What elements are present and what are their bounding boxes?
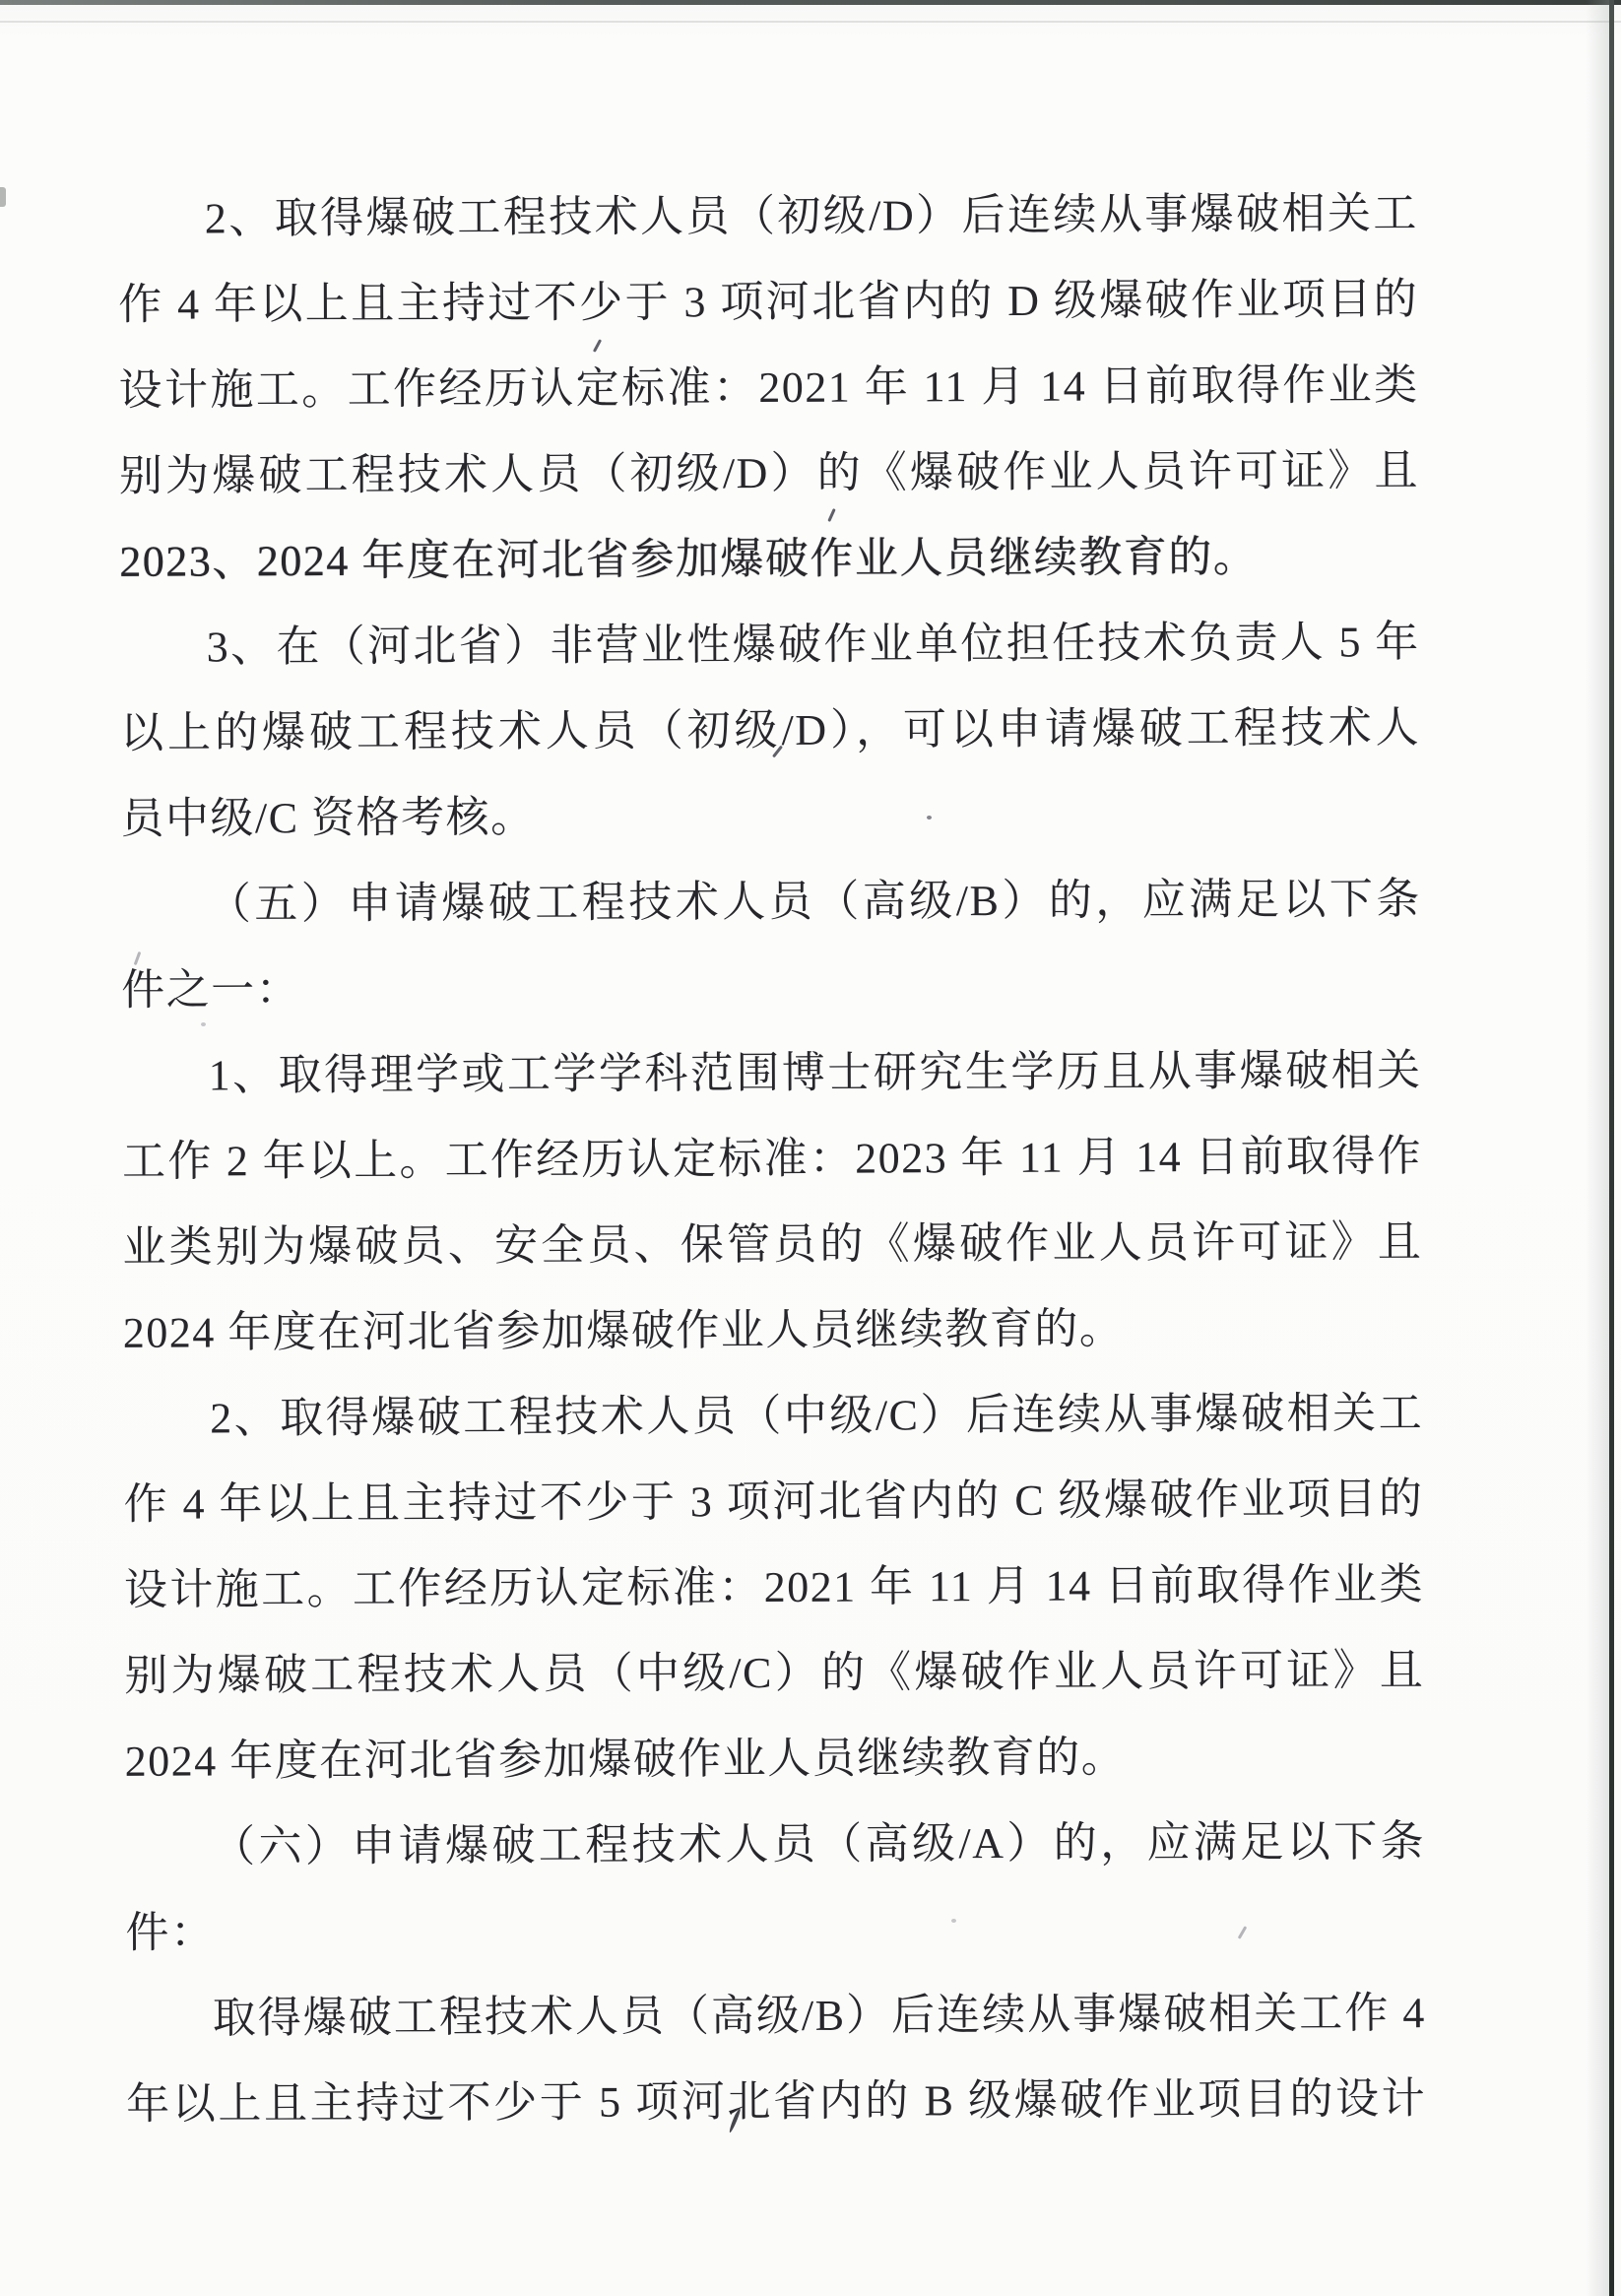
scan-edge-top [0, 0, 1621, 5]
scan-fold-line [0, 21, 1621, 23]
text-line: 2024 年度在河北省参加爆破作业人员继续教育的。 [124, 1713, 1424, 1804]
scan-speck [927, 816, 932, 820]
text-line: 以上的爆破工程技术人员（初级/D），可以申请爆破工程技术人 [120, 685, 1420, 776]
scan-edge-shade [1586, 0, 1611, 2296]
text-line: 1、取得理学或工学学科范围博士研究生学历且从事爆破相关 [121, 1027, 1421, 1119]
text-line: 取得爆破工程技术人员（高级/B）后连续从事爆破相关工作 4 [126, 1970, 1426, 2062]
scan-speck [951, 1919, 956, 1923]
text-line: 作 4 年以上且主持过不少于 3 项河北省内的 C 级爆破作业项目的 [123, 1456, 1423, 1547]
text-line: 员中级/C 资格考核。 [120, 770, 1420, 862]
text-line: 2024 年度在河北省参加爆破作业人员继续教育的。 [123, 1284, 1423, 1376]
text-line: 别为爆破工程技术人员（初级/D）的《爆破作业人员许可证》且 [119, 427, 1419, 519]
text-line: 年以上且主持过不少于 5 项河北省内的 B 级爆破作业项目的设计 [126, 2056, 1426, 2147]
text-line: 件之一： [121, 942, 1421, 1033]
text-line: 件： [125, 1884, 1425, 1976]
text-line: 3、在（河北省）非营业性爆破作业单位担任技术负责人 5 年 [120, 599, 1420, 690]
text-line: 2023、2024 年度在河北省参加爆破作业人员继续教育的。 [119, 513, 1419, 605]
text-line: 工作 2 年以上。工作经历认定标准：2023 年 11 月 14 日前取得作 [122, 1113, 1422, 1205]
text-line: 2、取得爆破工程技术人员（初级/D）后连续从事爆破相关工 [118, 170, 1418, 262]
text-line: 2、取得爆破工程技术人员（中级/C）后连续从事爆破相关工 [123, 1370, 1423, 1462]
text-line: 别为爆破工程技术人员（中级/C）的《爆破作业人员许可证》且 [124, 1627, 1424, 1719]
text-line: 业类别为爆破员、安全员、保管员的《爆破作业人员许可证》且 [122, 1199, 1422, 1290]
scan-speck [201, 1022, 206, 1026]
text-line: （六）申请爆破工程技术人员（高级/A）的，应满足以下条 [125, 1799, 1425, 1890]
text-line: （五）申请爆破工程技术人员（高级/B）的，应满足以下条 [121, 856, 1421, 948]
scan-edge-right [1609, 0, 1614, 2296]
text-line: 作 4 年以上且主持过不少于 3 项河北省内的 D 级爆破作业项目的 [118, 256, 1418, 348]
text-line: 设计施工。工作经历认定标准：2021 年 11 月 14 日前取得作业类 [124, 1542, 1424, 1633]
text-line: 设计施工。工作经历认定标准：2021 年 11 月 14 日前取得作业类 [118, 342, 1418, 433]
scan-edge-left-mark [0, 187, 6, 207]
document-body-text: 2、取得爆破工程技术人员（初级/D）后连续从事爆破相关工作 4 年以上且主持过不… [118, 170, 1427, 2147]
scanned-document-page: 2、取得爆破工程技术人员（初级/D）后连续从事爆破相关工作 4 年以上且主持过不… [0, 0, 1621, 2296]
